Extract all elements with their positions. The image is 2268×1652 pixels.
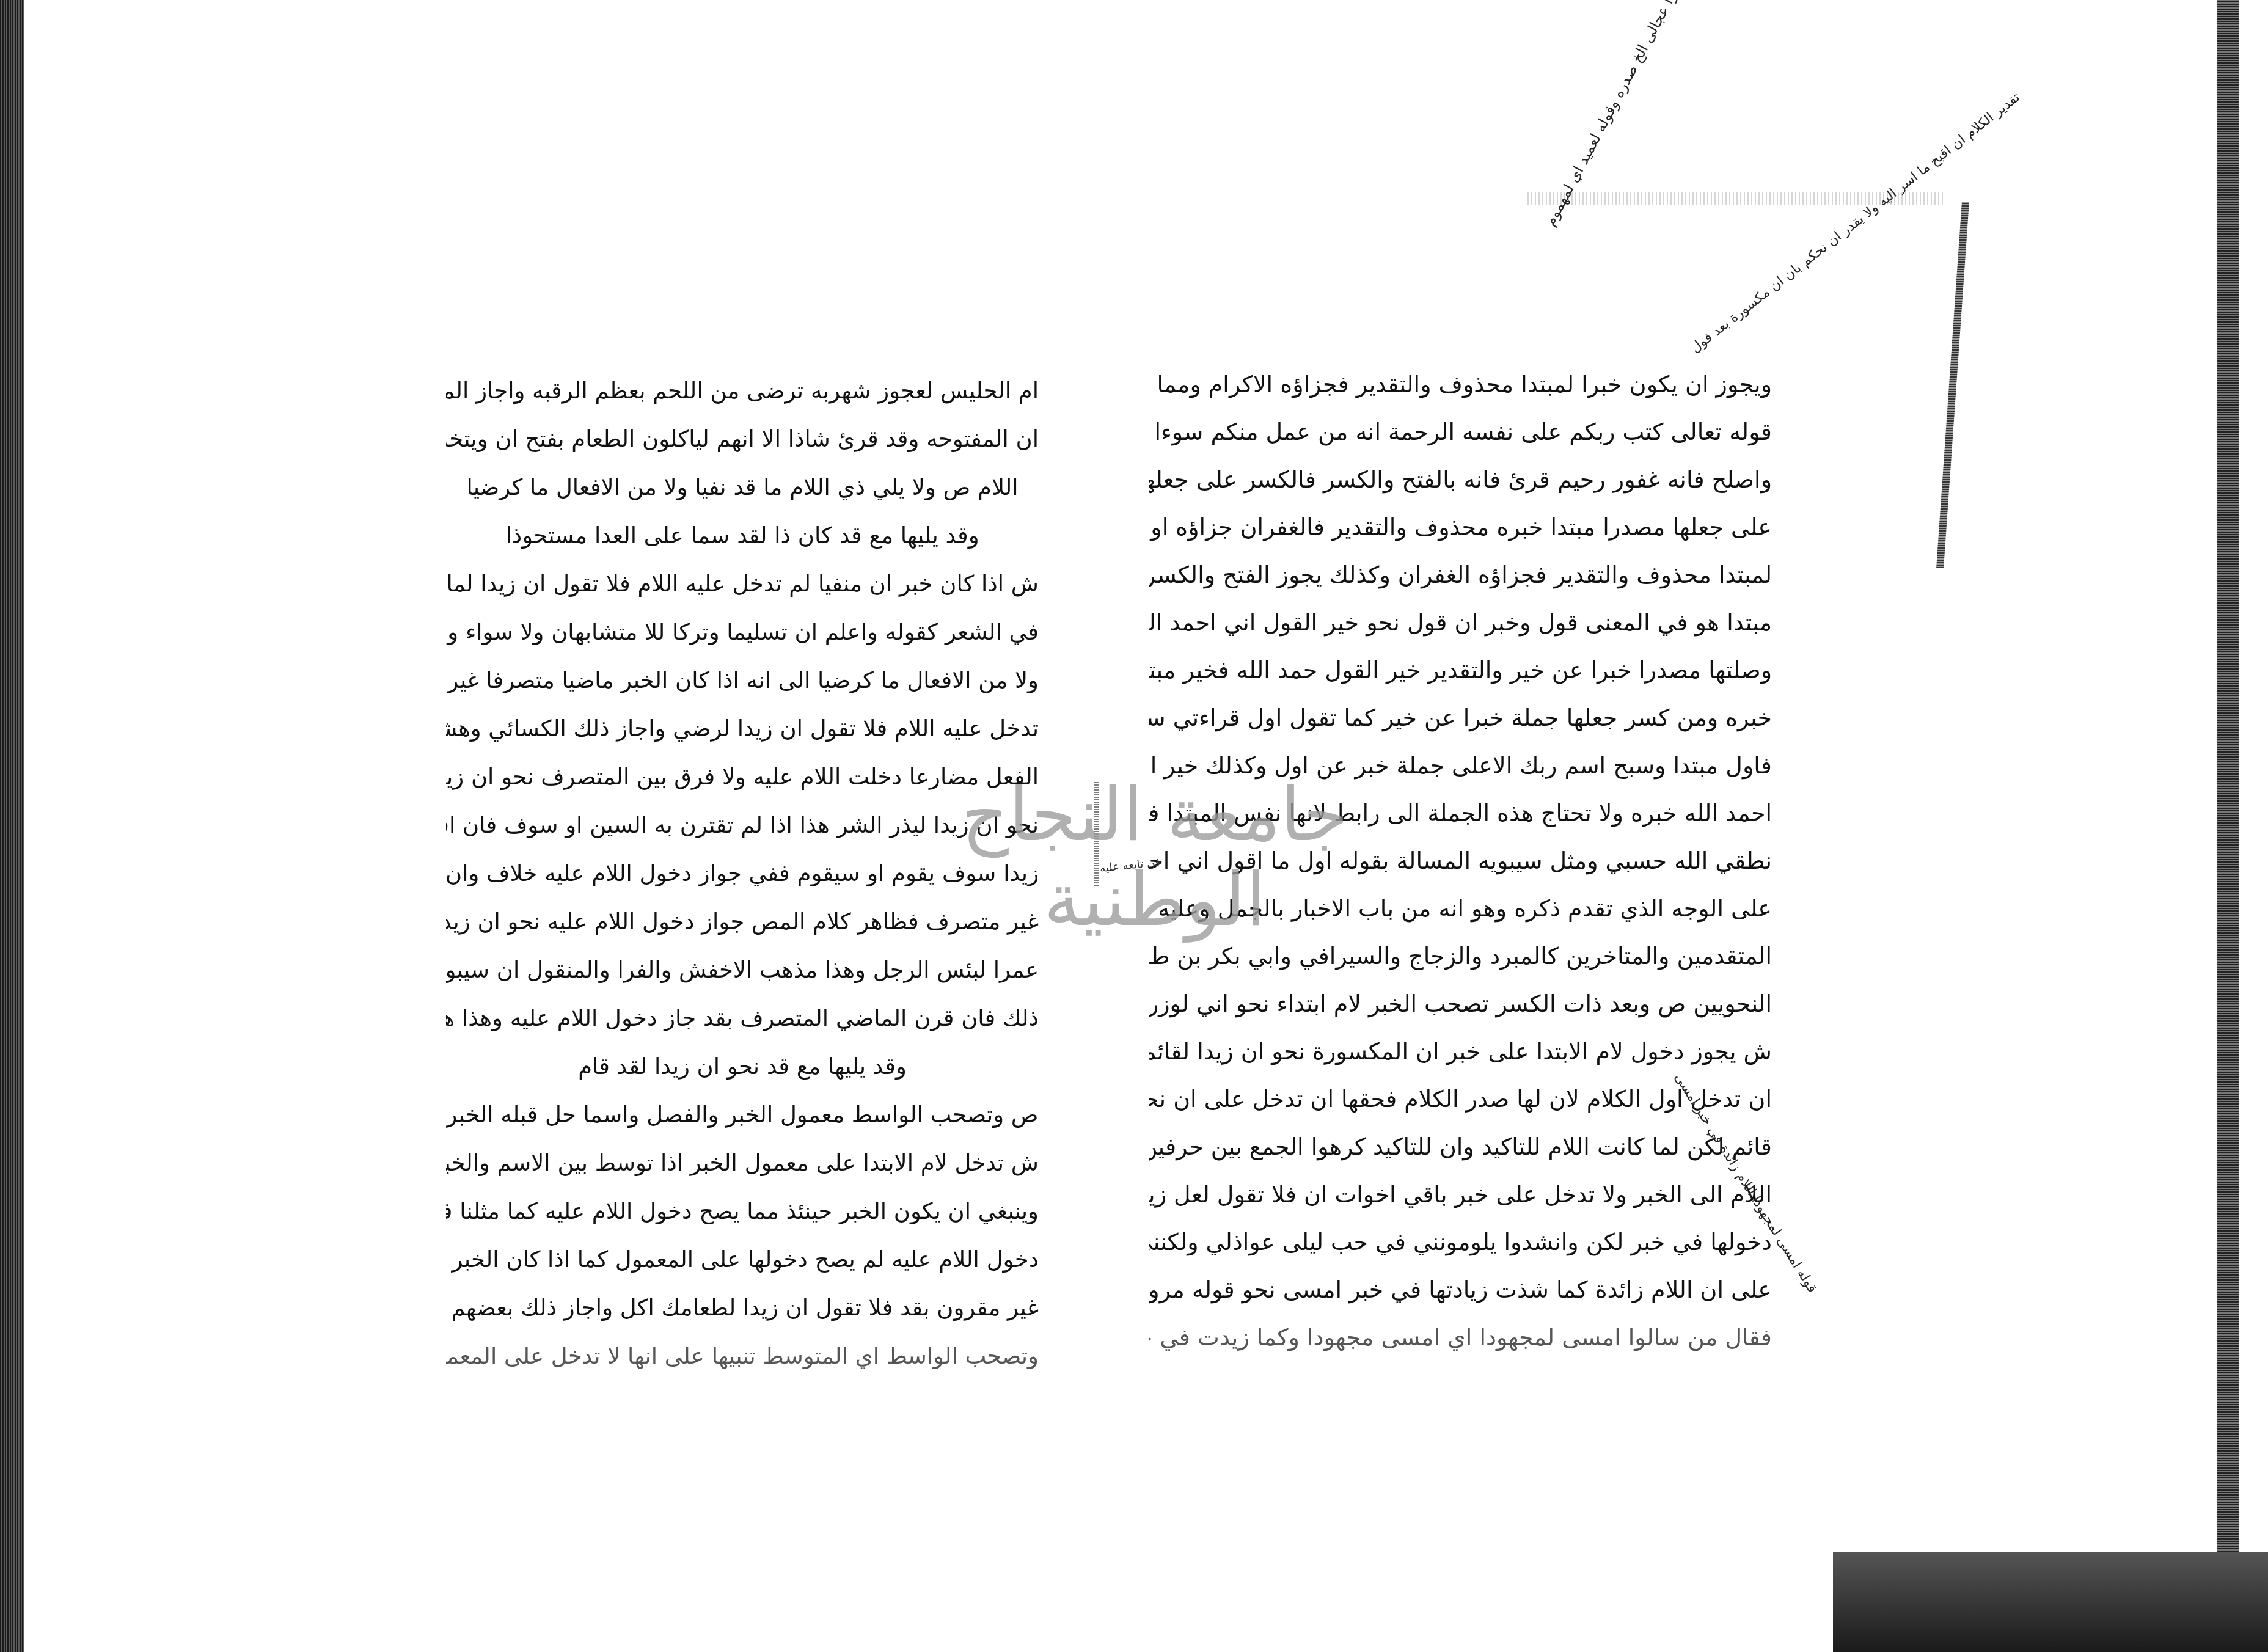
text-line: وتصحب الواسط اي المتوسط تنبيها على انها … <box>446 1332 1039 1380</box>
margin-gloss-middle: تقدير الكلام ان اقبح ما اسر اليه ولا يقد… <box>1686 88 2025 359</box>
verse-line: اللام ص ولا يلي ذي اللام ما قد نفيا ولا … <box>446 463 1039 511</box>
scan-edge-bottom <box>1833 1552 2268 1652</box>
text-line: لمبتدا محذوف والتقدير فجزاؤه الغفران وكذ… <box>1149 551 1772 599</box>
text-line: ش اذا كان خبر ان منفيا لم تدخل عليه اللا… <box>446 560 1039 608</box>
text-line: ان المفتوحه وقد قرئ شاذا الا انهم لياكلو… <box>446 415 1039 463</box>
library-watermark: جامعة النجاح الوطنية <box>941 773 1369 943</box>
text-line: ولا من الافعال ما كرضيا الى انه اذا كان … <box>446 656 1039 704</box>
page-fold-shadow <box>1936 202 1969 568</box>
verse-line: ص وتصحب الواسط معمول الخبر والفصل واسما … <box>446 1091 1039 1139</box>
text-line: على جعلها مصدرا مبتدا خبره محذوف والتقدي… <box>1149 503 1772 551</box>
text-line: خبره ومن كسر جعلها جملة خبرا عن خير كما … <box>1149 694 1772 742</box>
scan-edge-left <box>0 0 24 1652</box>
text-line: في الشعر كقوله واعلم ان تسليما وتركا للا… <box>446 608 1039 656</box>
text-line: اللام الى الخبر ولا تدخل على خبر باقي اخ… <box>1149 1171 1772 1218</box>
text-line: دخول اللام عليه لم يصح دخولها على المعمو… <box>446 1235 1039 1284</box>
text-line: وقد يليها مع قد نحو ان زيدا لقد قام <box>446 1042 1039 1091</box>
text-line: ش يجوز دخول لام الابتدا على خبر ان المكس… <box>1149 1028 1772 1075</box>
verse-line: النحويين ص وبعد ذات الكسر تصحب الخبر لام… <box>1149 980 1772 1028</box>
text-line: ام الحليس لعجوز شهربه ترضى من اللحم بعظم… <box>446 367 1039 415</box>
text-line: واصلح فانه غفور رحيم قرئ فانه بالفتح وال… <box>1149 456 1772 503</box>
text-line: تدخل عليه اللام فلا تقول ان زيدا لرضي وا… <box>446 704 1039 753</box>
text-line: قائم لكن لما كانت اللام للتاكيد وان للتا… <box>1149 1123 1772 1171</box>
text-line: فقال من سالوا امسى لمجهودا اي امسى مجهود… <box>1149 1314 1772 1361</box>
text-line: غير مقرون بقد فلا تقول ان زيدا لطعامك اك… <box>446 1284 1039 1332</box>
text-line: وصلتها مصدرا خبرا عن خير والتقدير خير ال… <box>1149 646 1772 694</box>
text-line: ش تدخل لام الابتدا على معمول الخبر اذا ت… <box>446 1139 1039 1187</box>
text-line: عمرا لبئس الرجل وهذا مذهب الاخفش والفرا … <box>446 946 1039 994</box>
text-line: دخولها في خبر لكن وانشدوا يلومونني في حب… <box>1149 1218 1772 1266</box>
text-line: وينبغي ان يكون الخبر حينئذ مما يصح دخول … <box>446 1187 1039 1235</box>
text-line: ويجوز ان يكون خبرا لمبتدا محذوف والتقدير… <box>1149 360 1772 408</box>
text-line: قوله تعالى كتب ربكم على نفسه الرحمة انه … <box>1149 408 1772 456</box>
scan-edge-right <box>2217 0 2239 1552</box>
text-line: مبتدا هو في المعنى قول وخبر ان قول نحو خ… <box>1149 599 1772 646</box>
text-line: على ان اللام زائدة كما شذت زيادتها في خب… <box>1149 1266 1772 1314</box>
verse-line: وقد يليها مع قد كان ذا لقد سما على العدا… <box>446 511 1039 560</box>
text-line: ذلك فان قرن الماضي المتصرف بقد جاز دخول … <box>446 994 1039 1042</box>
